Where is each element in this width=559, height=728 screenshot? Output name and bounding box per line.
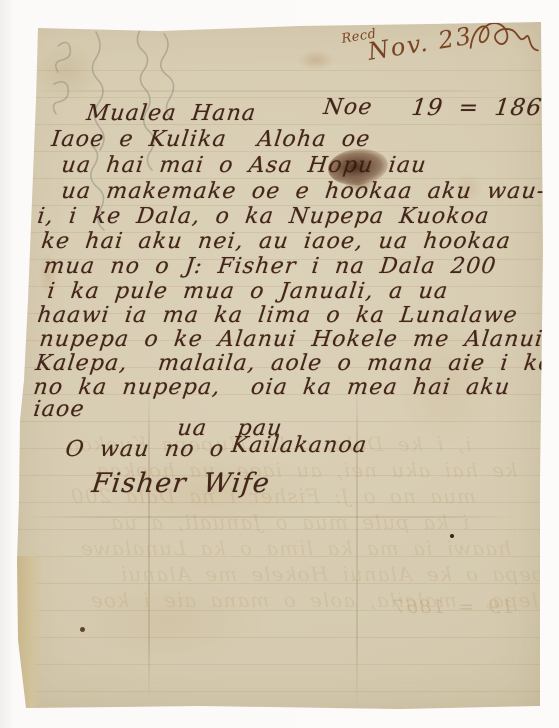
letter-line: Kalepa, malaila, aole o mana aie i koe	[34, 351, 559, 376]
letter-line: mua no o J: Fisher i na Dala 200	[42, 254, 498, 279]
letter-line: ke hai aku nei, au iaoe, ua hookaa	[40, 229, 513, 254]
backing-strip	[15, 556, 42, 708]
ink-dot	[80, 627, 85, 632]
letter-line: Mualea Hana	[85, 101, 258, 126]
letter-line: 19 = 1867	[410, 95, 559, 121]
letter-line: Fisher Wife	[90, 468, 272, 499]
bleed-through-line: i ka pule mua o Januali, a ua	[110, 510, 469, 534]
letter-line: O wau no o	[64, 437, 226, 462]
letter-paper: i, i ke Dala, o ka Nupepa Kuokoake hai a…	[0, 0, 559, 728]
letter-line: Iaoe e Kulika Aloha oe	[50, 127, 372, 152]
scanned-letter: i, i ke Dala, o ka Nupepa Kuokoake hai a…	[0, 0, 559, 728]
letter-line: haawi ia ma ka lima o ka Lunalawe	[36, 303, 519, 328]
ink-blot-tail	[344, 178, 374, 191]
bleed-through-line: nupepa o ke Alanui Hokele me Alanui	[120, 562, 559, 586]
letter-line: Kailakanoa	[230, 433, 369, 458]
letter-line: i ka pule mua o Januali, a ua	[46, 279, 450, 304]
letter-line: ua makemake oe e hookaa aku wau-	[60, 179, 547, 204]
stain	[290, 46, 342, 74]
clerk-initials-flourish	[458, 7, 545, 67]
letter-line: i, i ke Dala, o ka Nupepa Kuokoa	[36, 204, 491, 229]
letter-line: Noe	[322, 95, 374, 120]
letter-line: no ka nupepa, oia ka mea hai aku	[32, 375, 512, 400]
bleed-through-line: haawi ia ma ka lima o ka Lunalawe	[80, 536, 511, 560]
letter-line: nupepa o ke Alanui Hokele me Alanui	[38, 327, 545, 352]
bleed-through-date: 19 = 1867	[392, 596, 514, 618]
letter-line: iaoe	[32, 397, 86, 422]
